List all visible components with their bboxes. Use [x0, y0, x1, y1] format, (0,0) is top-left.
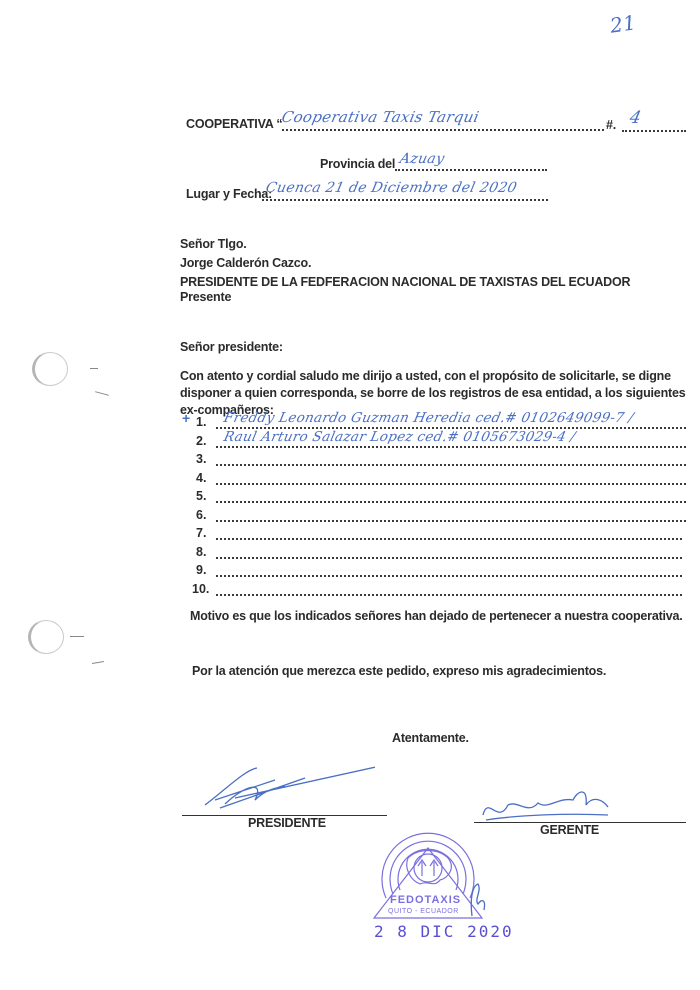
number-dotted-line — [622, 130, 686, 132]
list-item-dotted-line — [216, 520, 686, 522]
addressee-position: PRESIDENTE DE LA FEDFERACION NACIONAL DE… — [180, 275, 630, 289]
list-item-number: 3. — [196, 452, 206, 466]
manager-label: GERENTE — [540, 823, 599, 837]
provincia-label: Provincia del — [320, 157, 395, 171]
list-item-number: 7. — [196, 526, 206, 540]
scan-speck — [70, 636, 84, 637]
provincia-handwritten-value[interactable]: Azuay — [398, 151, 446, 167]
list-item-number: 5. — [196, 489, 206, 503]
president-signature — [195, 760, 375, 820]
reason-text: Motivo es que los indicados señores han … — [190, 609, 683, 623]
lugar-fecha-handwritten-value[interactable]: Cuenca 21 de Diciembre del 2020 — [264, 180, 518, 196]
addressee-name: Jorge Calderón Cazco. — [180, 256, 311, 270]
stamp-org: FEDOTAXIS — [390, 894, 461, 906]
provincia-dotted-line — [395, 169, 547, 171]
received-date-stamp: 2 8 DIC 2020 — [374, 922, 514, 941]
punch-hole-mark — [32, 352, 68, 386]
list-item-number: 8. — [196, 545, 206, 559]
list-item-dotted-line — [216, 483, 686, 485]
list-item-dotted-line — [216, 557, 682, 559]
stamp-city: QUITO - ECUADOR — [388, 908, 459, 915]
list-item-dotted-line — [216, 464, 686, 466]
list-item-dotted-line — [216, 575, 682, 577]
list-item-number: 1. — [196, 415, 206, 429]
tick-mark-icon: + — [182, 410, 190, 426]
handwritten-page-number: 21 — [608, 10, 637, 37]
number-handwritten-value[interactable]: 4 — [628, 108, 643, 128]
addressee-title: Señor Tlgo. — [180, 237, 247, 251]
stamp-initials — [466, 880, 490, 920]
cooperativa-label: COOPERATIVA “ — [186, 117, 282, 131]
president-label: PRESIDENTE — [248, 816, 326, 830]
scan-speck — [95, 391, 109, 396]
list-item-number: 4. — [196, 471, 206, 485]
list-item-number: 6. — [196, 508, 206, 522]
list-item-handwritten-value[interactable]: Raul Arturo Salazar Lopez ced.# 01056730… — [222, 429, 577, 445]
list-item-number: 10. — [192, 582, 209, 596]
list-item-dotted-line — [216, 446, 686, 448]
cooperativa-dotted-line — [282, 129, 604, 131]
list-item-dotted-line — [216, 594, 682, 596]
salutation: Señor presidente: — [180, 340, 283, 354]
lugar-fecha-dotted-line — [262, 199, 548, 201]
sign-off: Atentamente. — [392, 731, 469, 745]
lugar-fecha-label: Lugar y Fecha: — [186, 187, 272, 201]
scan-speck — [92, 661, 104, 664]
number-label: #. — [606, 118, 616, 132]
punch-hole-mark — [28, 620, 64, 654]
list-item-number: 2. — [196, 434, 206, 448]
list-item-dotted-line — [216, 501, 686, 503]
list-item-dotted-line — [216, 538, 682, 540]
addressee-presente: Presente — [180, 290, 231, 304]
list-item-number: 9. — [196, 563, 206, 577]
cooperativa-handwritten-value[interactable]: Cooperativa Taxis Tarqui — [280, 108, 481, 126]
scan-speck — [90, 368, 98, 369]
closing-text: Por la atención que merezca este pedido,… — [192, 664, 606, 678]
list-item-handwritten-value[interactable]: Freddy Leonardo Guzman Heredia ced.# 010… — [222, 410, 635, 426]
